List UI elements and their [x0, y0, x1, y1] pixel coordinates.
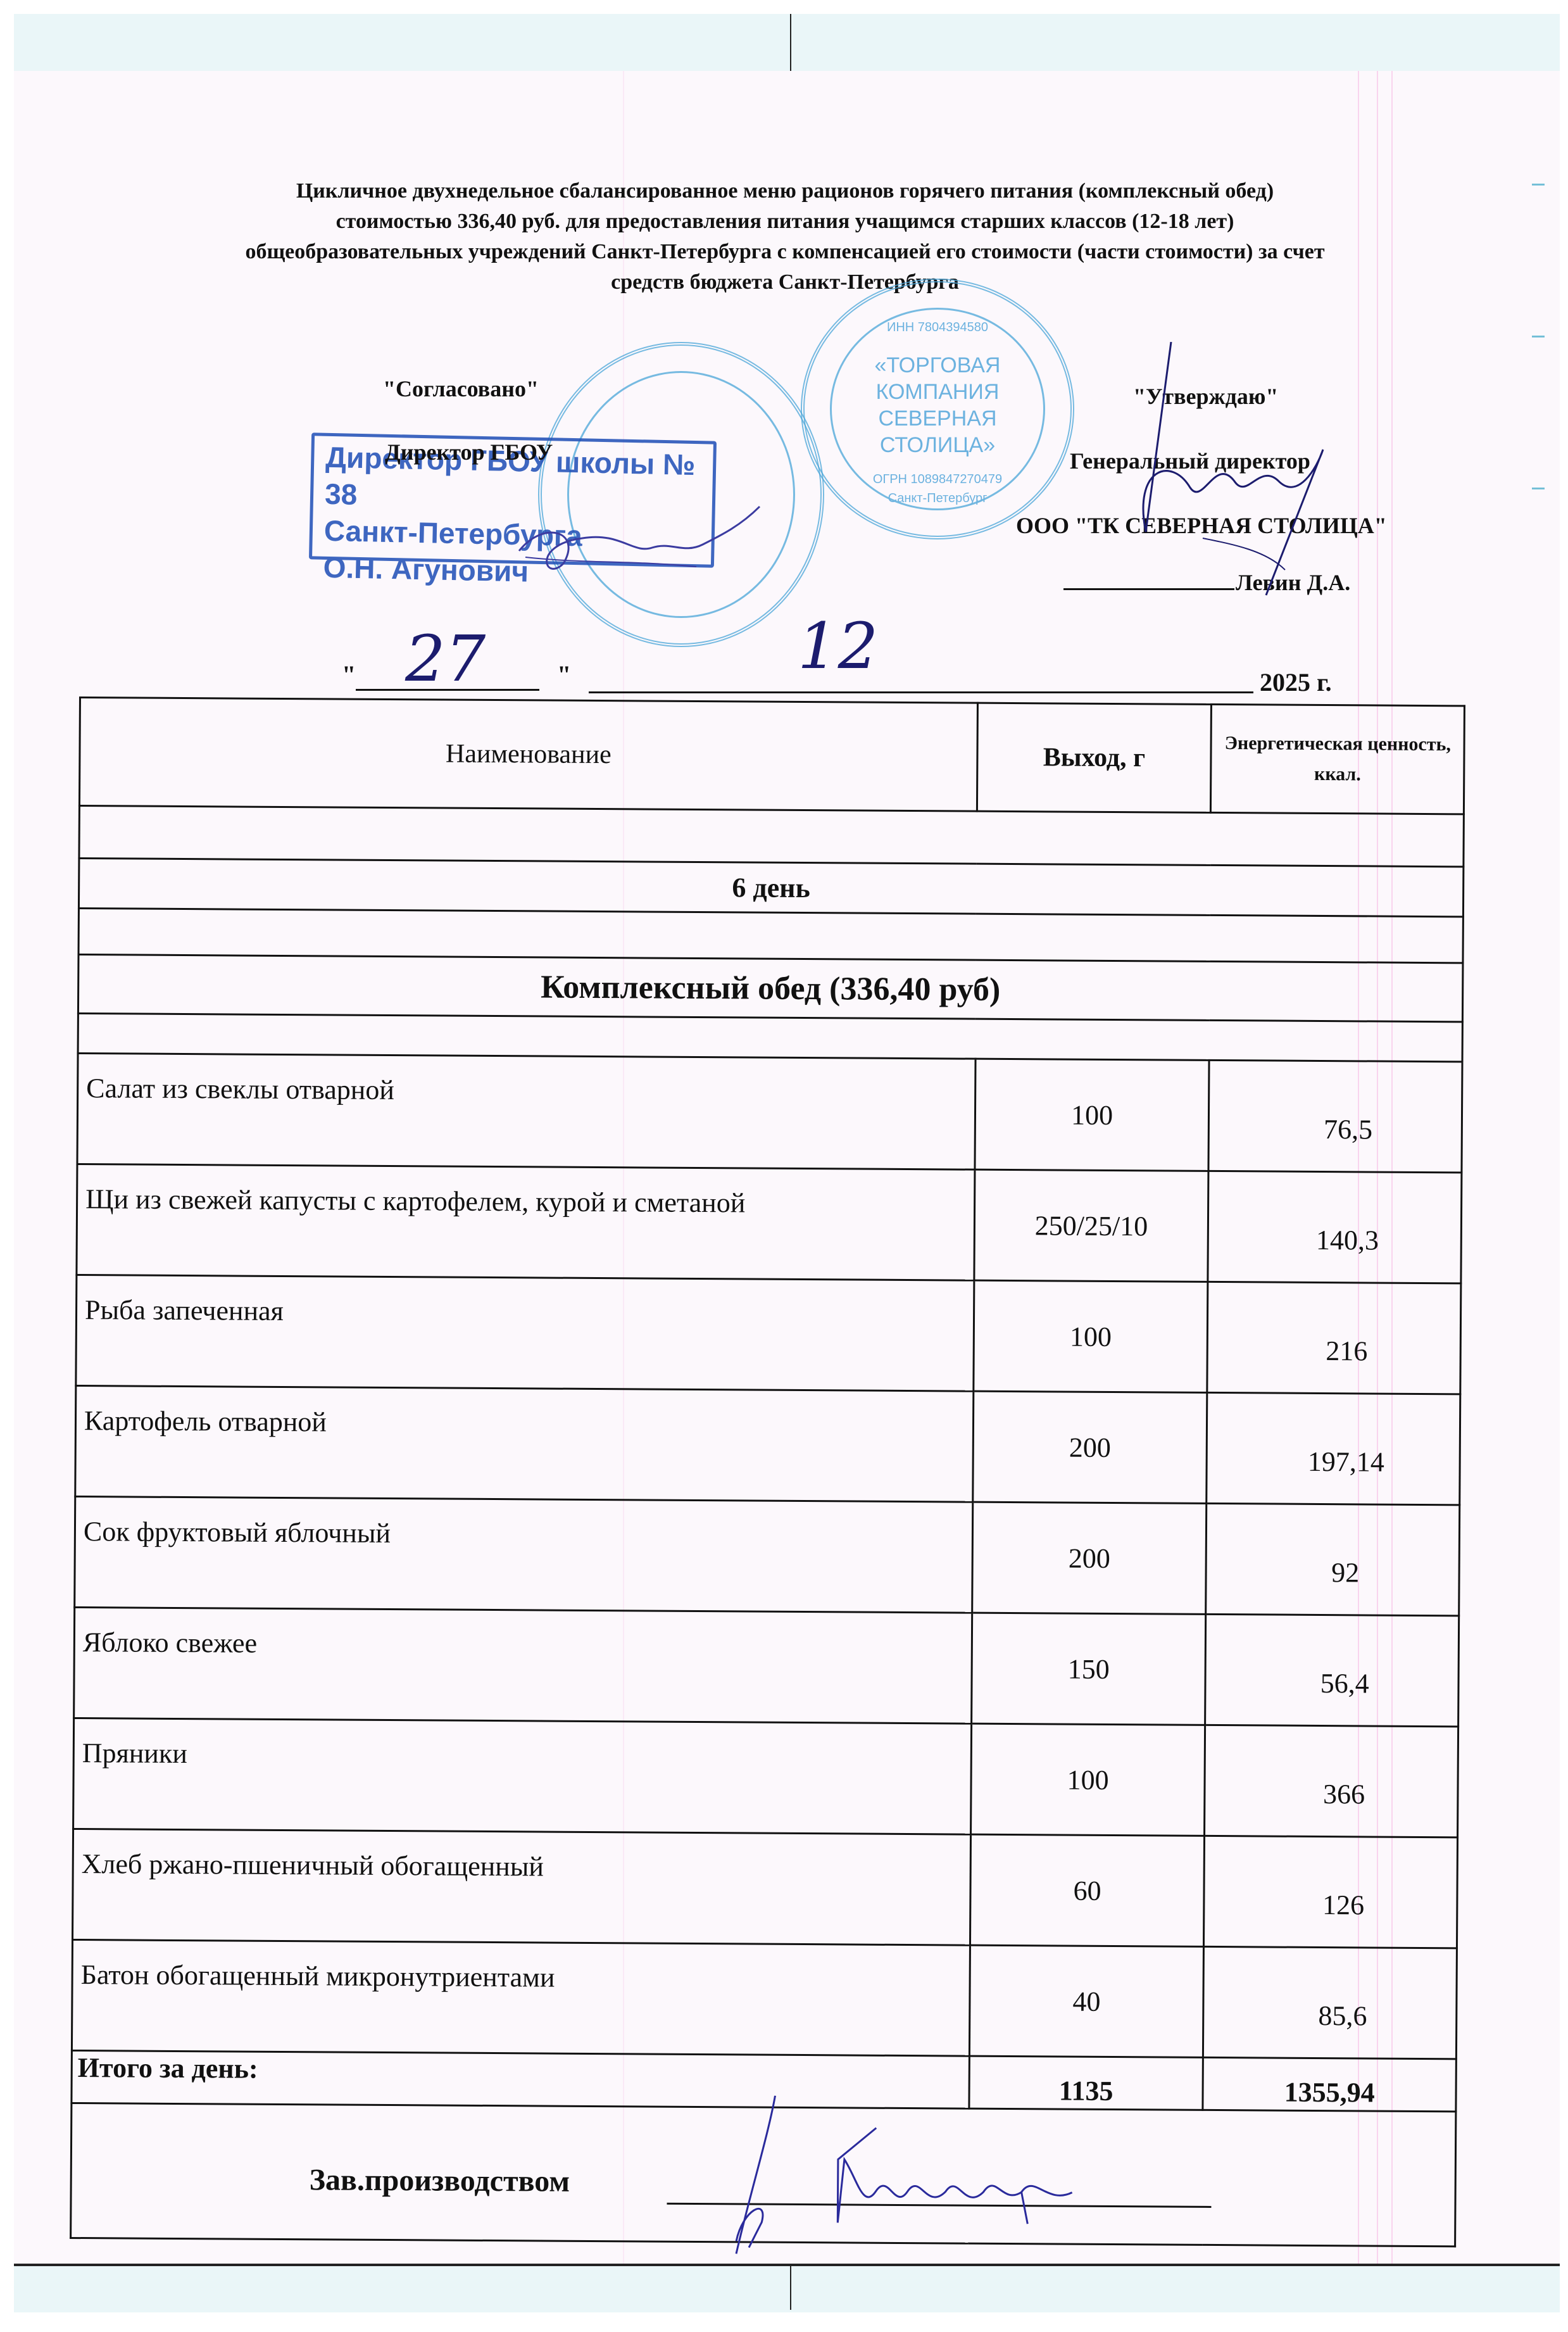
title-line: средств бюджета Санкт-Петербурга: [89, 267, 1481, 298]
margin-mark: [1532, 488, 1545, 489]
item-name: Яблоко свежее: [74, 1607, 972, 1724]
table-header-row: Наименование Выход, г Энергетическая цен…: [79, 698, 1464, 814]
production-manager-label: Зав.производством: [310, 2162, 570, 2199]
director-signature: [506, 494, 772, 583]
fold-mark-bottom: [790, 2266, 791, 2310]
item-yield: 150: [971, 1613, 1206, 1725]
agreed-role: Директор ГБОУ: [385, 438, 553, 466]
meal-label: Комплексный обед (336,40 руб): [78, 955, 1463, 1022]
item-energy: 140,3: [1208, 1171, 1462, 1283]
menu-table: Наименование Выход, г Энергетическая цен…: [70, 696, 1465, 2247]
blank-row: [78, 909, 1463, 963]
item-energy: 76,5: [1208, 1060, 1462, 1172]
stamp-company-name: «ТОРГОВАЯ КОМПАНИЯ СЕВЕРНАЯ СТОЛИЦА»: [805, 352, 1070, 458]
table-row: Батон обогащенный микронутриентами 40 85…: [72, 1939, 1457, 2058]
day-row: 6 день: [78, 859, 1463, 917]
day-underline: [356, 689, 539, 691]
table-row: Щи из свежей капусты с картофелем, курой…: [77, 1164, 1462, 1283]
date-quote-open: ": [342, 660, 356, 690]
stamp-ogrn: ОГРН 1089847270479: [805, 472, 1070, 487]
month-underline: [589, 691, 1253, 693]
margin-mark: [1532, 184, 1545, 186]
date-month: 12: [798, 609, 878, 683]
table-row: Картофель отварной 200 197,14: [75, 1385, 1460, 1504]
stamp-inn: ИНН 7804394580: [805, 320, 1070, 335]
date-day: 27: [405, 622, 486, 696]
item-yield: 100: [970, 1724, 1205, 1836]
item-yield: 60: [970, 1834, 1205, 1946]
table-row: Сок фруктовый яблочный 200 92: [75, 1496, 1460, 1615]
item-energy: 92: [1206, 1503, 1460, 1615]
title-line: стоимостью 336,40 руб. для предоставлени…: [89, 206, 1481, 237]
day-label: 6 день: [78, 859, 1463, 917]
production-manager-signature: [730, 2095, 1238, 2263]
item-name: Картофель отварной: [75, 1385, 974, 1502]
item-energy: 85,6: [1203, 1946, 1457, 2058]
item-name: Батон обогащенный микронутриентами: [72, 1939, 970, 2056]
item-yield: 40: [969, 1945, 1204, 2057]
item-name: Хлеб ржано-пшеничный обогащенный: [73, 1829, 971, 1945]
stamp-line: СЕВЕРНАЯ: [805, 405, 1070, 432]
general-director-signature: [1076, 342, 1342, 608]
item-yield: 100: [974, 1280, 1208, 1392]
table-row: Салат из свеклы отварной 100 76,5: [77, 1053, 1462, 1172]
signature-row: Зав.производством: [71, 2103, 1456, 2246]
table-row: Пряники 100 366: [73, 1718, 1458, 1837]
title-line: общеобразовательных учреждений Санкт-Пет…: [89, 237, 1481, 267]
item-name: Рыба запеченная: [76, 1275, 974, 1391]
agreed-heading: "Согласовано": [383, 375, 539, 403]
column-header-energy: Энергетическая ценность, ккал.: [1211, 704, 1465, 814]
stamp-line: СТОЛИЦА»: [805, 432, 1070, 458]
title-line: Цикличное двухнедельное сбалансированное…: [89, 176, 1481, 206]
stamp-line: «ТОРГОВАЯ: [805, 352, 1070, 379]
item-name: Салат из свеклы отварной: [77, 1053, 975, 1169]
stamp-line: КОМПАНИЯ: [805, 379, 1070, 405]
stamp-city: Санкт-Петербург: [805, 491, 1070, 506]
meal-row: Комплексный обед (336,40 руб): [78, 955, 1463, 1022]
item-energy: 216: [1207, 1282, 1461, 1394]
table-row: Яблоко свежее 150 56,4: [74, 1607, 1459, 1726]
item-energy: 366: [1205, 1725, 1458, 1837]
item-name: Пряники: [73, 1718, 972, 1834]
margin-mark: [1532, 336, 1545, 337]
item-name: Сок фруктовый яблочный: [75, 1496, 973, 1613]
column-header-name: Наименование: [79, 698, 977, 812]
blank-row: [79, 806, 1464, 867]
item-energy: 197,14: [1207, 1392, 1460, 1504]
item-name: Щи из свежей капусты с картофелем, курой…: [77, 1164, 975, 1280]
item-yield: 200: [973, 1391, 1208, 1503]
company-round-stamp: ИНН 7804394580 «ТОРГОВАЯ КОМПАНИЯ СЕВЕРН…: [801, 279, 1074, 539]
item-energy: 126: [1204, 1836, 1458, 1948]
table-row: Рыба запеченная 100 216: [76, 1275, 1461, 1394]
fold-mark-top: [790, 14, 791, 71]
date-year: 2025 г.: [1260, 667, 1332, 697]
table-row: Хлеб ржано-пшеничный обогащенный 60 126: [73, 1829, 1458, 1948]
item-yield: 100: [975, 1059, 1210, 1171]
item-yield: 200: [972, 1502, 1207, 1614]
column-header-yield: Выход, г: [977, 703, 1212, 812]
item-energy: 56,4: [1205, 1614, 1459, 1726]
total-energy: 1355,94: [1203, 2057, 1456, 2111]
document-title: Цикличное двухнедельное сбалансированное…: [89, 176, 1481, 298]
date-quote-close: ": [557, 660, 571, 690]
item-yield: 250/25/10: [974, 1169, 1209, 1282]
